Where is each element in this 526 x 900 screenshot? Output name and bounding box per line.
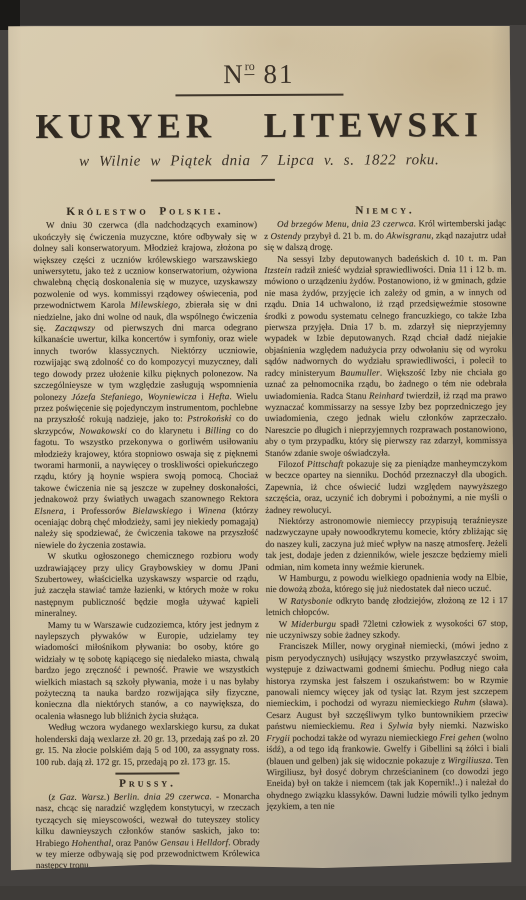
paragraph: W Miderburgu spadł 72letni człowiek z wy… [266,618,508,642]
section-heading: Prussy. [35,778,259,790]
italic-text: Sylwia [388,721,413,731]
italic-text: Hefta [208,391,229,401]
paragraph: Według wczora wydanego wexlarskiego kurs… [35,721,259,768]
column-right: Niemcy.Od brzegów Menu, dnia 23 czerwca.… [264,205,509,871]
dateline-divider [151,179,275,182]
italic-text: Berlin. dnia 29 czerwca. [113,791,211,801]
italic-text: Winena [198,505,226,515]
italic-text: Józefa Stefaniego, Woyniewicza [71,391,196,402]
italic-text: Billing [205,425,231,435]
section-divider [115,772,179,774]
italic-text: Elsnera [34,505,63,515]
paragraph: Franciszek Miller, nowy oryginał niemiec… [266,640,509,812]
article-columns: Królestwo Polskie.W dniu 30 czerwca (dla… [33,205,509,872]
italic-text: Bielawskiego [132,505,182,515]
issue-number: Nro 81 [6,58,511,91]
issue-superscript: ro [245,59,255,75]
issue-prefix: N [223,59,245,89]
italic-text: Miderburgu [291,618,336,628]
paragraph: Filozof Pittschaft pokazuje się za pieni… [265,458,507,516]
italic-text: Frygii [266,733,290,743]
italic-text: Reinhard [369,390,404,400]
masthead-divider [175,94,343,97]
italic-text: Nowakowski [79,425,127,435]
column-left: Królestwo Polskie.W dniu 30 czerwca (dla… [33,206,260,872]
italic-text: Pstrokoński [187,413,231,423]
scan-background-bottom [0,886,526,900]
paragraph: Niektórzy astronomowie niemieccy przypis… [265,515,507,573]
italic-text: Ostendy [270,231,301,241]
italic-text: Frei gehen [440,732,481,742]
masthead-dateline: w Wilnie w Piątek dnia 7 Lipca v. s. 182… [7,152,512,171]
newspaper-title: KURYER LITEWSKI [7,105,512,147]
italic-text: Hohenthal [71,837,111,847]
italic-text: Milewskiego [130,300,178,310]
paragraph: W Ratysbonie odkryto bandę złodziejów, z… [266,595,508,619]
scan-corner-notch [0,0,20,30]
section-heading: Królestwo Polskie. [33,206,257,218]
paragraph: W dniu 30 czerwca (dla nadchodzących exa… [33,219,258,551]
newspaper-page: Nro 81 KURYER LITEWSKI w Wilnie w Piątek… [6,24,515,871]
paragraph: (z Gaz. Warsz.) Berlin. dnia 29 czerwca.… [36,791,260,872]
scan-background-top [0,0,526,25]
paragraph: W Hamburgu, z powodu wielkiego opadnieni… [266,572,508,596]
italic-text: Wirgiliusza [448,754,491,764]
italic-text: Rea [360,721,375,731]
italic-text: Itzstein [264,265,292,275]
italic-text: Baumuller [340,367,380,377]
italic-text: z Gaz. Warsz. [52,792,107,802]
italic-text: Gensau [160,837,189,847]
paragraph: Na sessyi Izby deputowanych badeńskich d… [264,253,507,459]
paragraph: W skutku ogłoszonego chemicznego rozbior… [34,550,258,619]
italic-text: Zacząwszy [55,323,95,333]
italic-text: Akwisgranu [386,230,431,240]
masthead: Nro 81 KURYER LITEWSKI w Wilnie w Piątek… [6,24,512,182]
italic-text: Helldorf [196,837,228,847]
paragraph: Od brzegów Menu, dnia 23 czerwca. Król w… [264,218,506,253]
paragraph: Mamy tu w Warszawie cudzoziemca, który j… [35,619,259,723]
issue-value: 81 [263,59,294,89]
italic-text: Pittschaft [307,459,344,469]
italic-text: Od brzegów Menu, dnia 23 czerwca. [277,219,416,230]
italic-text: Ruhm [454,698,476,708]
italic-text: Ratysbonie [290,595,332,605]
section-heading: Niemcy. [264,205,506,217]
